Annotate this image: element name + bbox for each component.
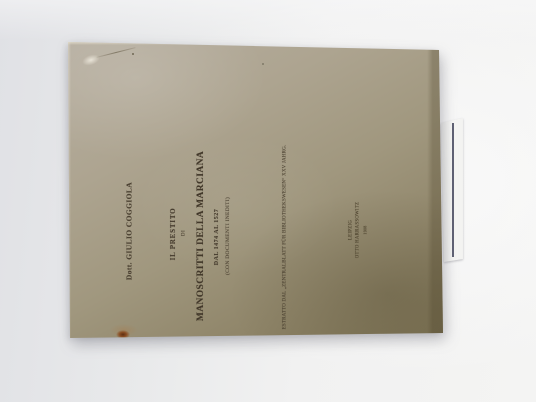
- cover-subtitle: (CON DOCUMENTI INEDITI): [225, 197, 231, 275]
- cover-offprint-note: ESTRATTO DAL „ZENTRALBLATT FÜR BIBLIOTHE…: [283, 145, 288, 330]
- imprint-city: LEIPZIG: [347, 202, 354, 259]
- cover-title-dates: DAL 1474 AL 1527: [214, 209, 220, 266]
- cover-imprint: LEIPZIG OTTO HARRASSOWITZ 1908: [347, 202, 368, 259]
- cover-speck-2: [262, 63, 264, 65]
- cover-title-connector: DI: [182, 230, 187, 236]
- cover-speck: [132, 53, 134, 55]
- imprint-publisher: OTTO HARRASSOWITZ: [355, 202, 362, 259]
- cover-title-top: IL PRESTITO: [169, 208, 177, 261]
- cover-author: Dott. GIULIO COGGIOLA: [125, 182, 134, 280]
- bookmark-slip: [441, 118, 463, 262]
- photo-stage: Dott. GIULIO COGGIOLA IL PRESTITO DI MAN…: [0, 0, 536, 402]
- bookmark-paper: [441, 118, 463, 262]
- imprint-year: 1908: [362, 202, 368, 259]
- booklet-cover: Dott. GIULIO COGGIOLA IL PRESTITO DI MAN…: [68, 42, 444, 338]
- cover-title-main: MANOSCRITTI DELLA MARCIANA: [196, 151, 206, 321]
- booklet: Dott. GIULIO COGGIOLA IL PRESTITO DI MAN…: [68, 42, 444, 338]
- rust-stain: [116, 330, 130, 339]
- cover-scuff-mark: [81, 52, 101, 67]
- cover-scratch-mark: [96, 47, 135, 58]
- bookmark-edge-line: [452, 123, 454, 257]
